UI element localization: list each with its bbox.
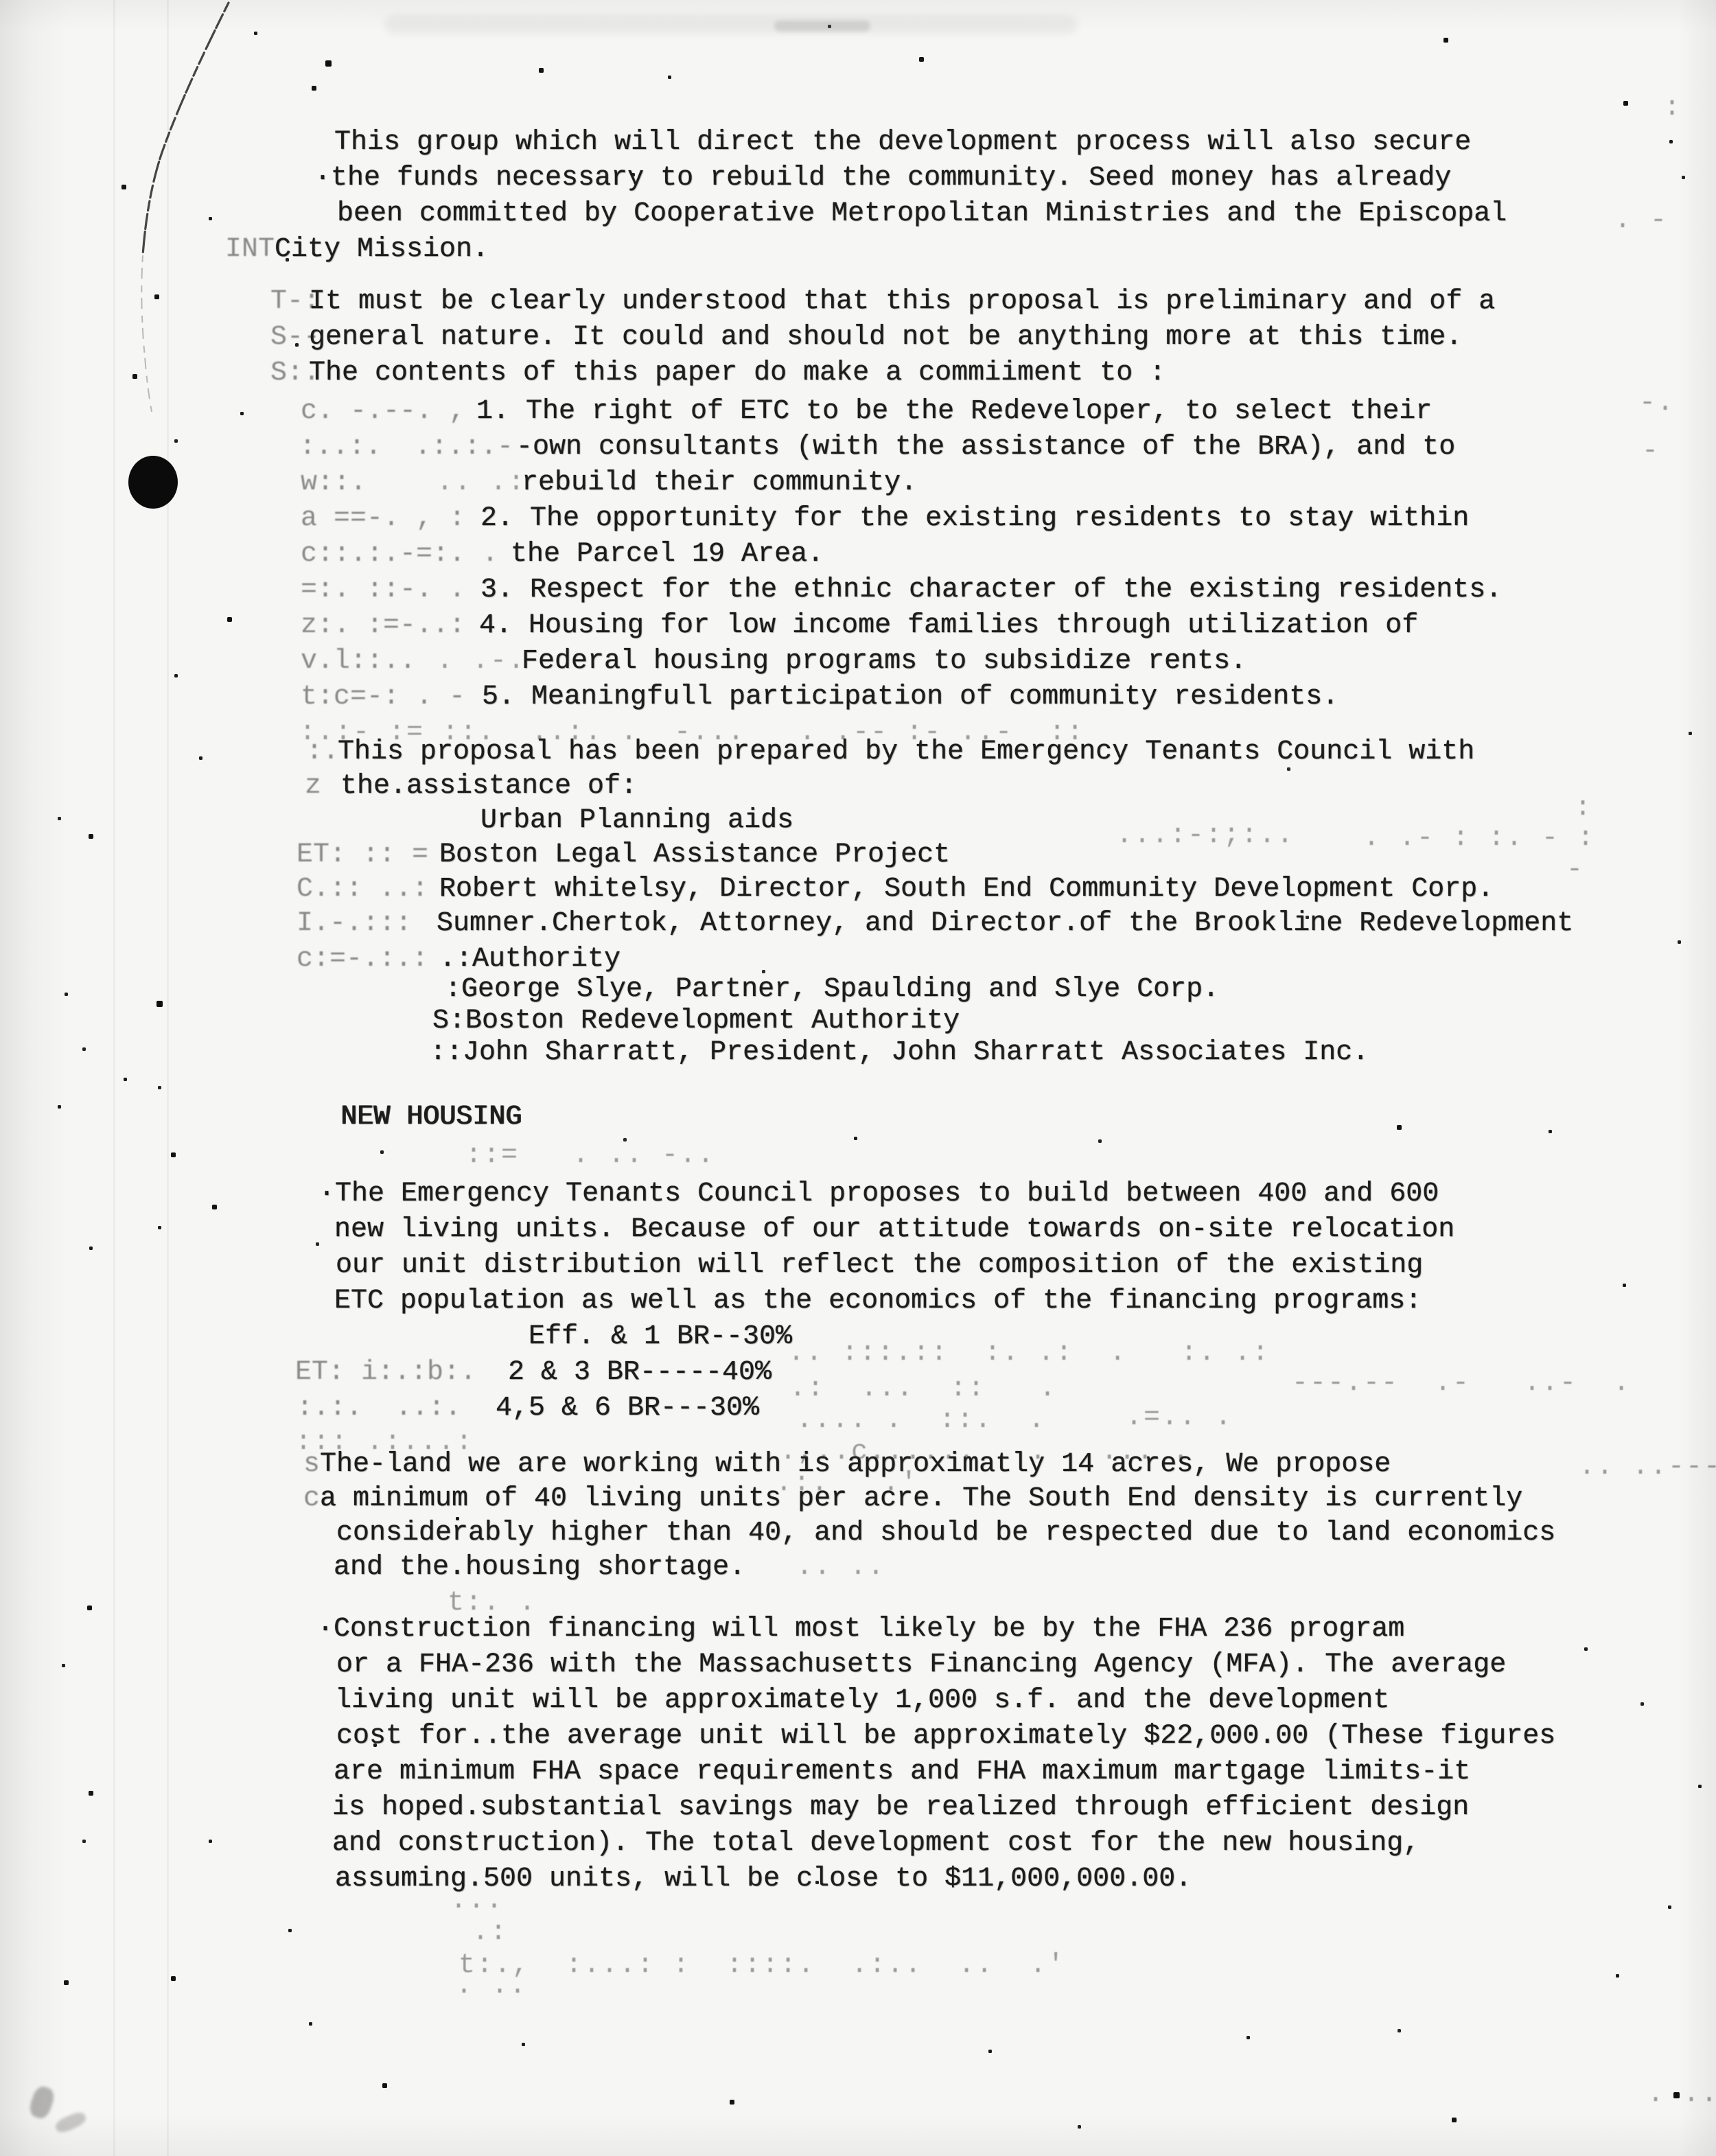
text-line: our unit distribution will reflect the c… [0, 1251, 1716, 1281]
typewritten-text: :George Slye, Partner, Spaulding and Sly… [445, 975, 1219, 1005]
smudge-fragment: ::= . .. -.. [465, 1141, 715, 1171]
text-line: z:. :=-..:4. Housing for low income fami… [0, 611, 1716, 641]
ghost-offset-text: c [303, 1484, 320, 1514]
ghost-offset-text: c::.:.-=:. . [301, 540, 498, 570]
ghost-offset-text: ET: i:.:b:. [295, 1358, 476, 1388]
text-line: c::.:.-=:. .the Parcel 19 Area. [0, 540, 1716, 570]
text-line: ETC population as well as the economics … [0, 1286, 1716, 1317]
text-line: :..:. .:.:.--own consultants (with the a… [0, 432, 1716, 463]
smudge-fragment: . .. [456, 1971, 527, 2002]
ghost-offset-text: a ==-. , : [301, 504, 465, 534]
smudge-fragment: ... [450, 1886, 504, 1916]
typewritten-text: This group which will direct the develop… [334, 128, 1471, 158]
ghost-offset-text: :..:. .:.:.- [299, 432, 513, 463]
typewritten-text: City Mission. [275, 235, 489, 265]
typewritten-text: ·Construction financing will most likely… [317, 1614, 1404, 1645]
typewritten-text: S:Boston Redevelopment Authority [432, 1006, 960, 1036]
typewritten-text: ·The Emergency Tenants Council proposes … [318, 1179, 1439, 1209]
text-line: =:. ::-. .3. Respect for the ethnic char… [0, 575, 1716, 605]
typewritten-text: -own consultants (with the assistance of… [516, 432, 1455, 463]
typewritten-text: 3. Respect for the ethnic character of t… [480, 575, 1502, 605]
text-line: t:c=-: . -5. Meaningfull participation o… [0, 682, 1716, 712]
text-line: INTCity Mission. [0, 235, 1716, 265]
text-line: ·the funds necessary to rebuild the comm… [0, 163, 1716, 194]
smudge-fragment: .. .: [437, 468, 526, 498]
text-line: S--general nature. It could and should n… [0, 323, 1716, 353]
text-line: are minimum FHA space requirements and F… [0, 1757, 1716, 1787]
typewritten-text: 5. Meaningfull participation of communit… [482, 682, 1338, 712]
typewritten-text: .:Authority [439, 944, 621, 975]
smudge-fragment: .... . ::. . [796, 1406, 1046, 1436]
smudge-fragment: :.:- := ::. ..:. . -... . .-- :- ..- :: [299, 718, 1085, 748]
text-line: c:=-.:.:.:Authority [0, 944, 1716, 975]
text-line: I.-.:::Sumner.Chertok, Attorney, and Dir… [0, 909, 1716, 939]
typewritten-text: and the.housing shortage. [334, 1553, 745, 1583]
smudge-fragment: t:. . [448, 1588, 537, 1619]
text-line: ·The Emergency Tenants Council proposes … [0, 1179, 1716, 1209]
text-line: a ==-. , :2. The opportunity for the exi… [0, 504, 1716, 534]
typewritten-text: new living units. Because of our attitud… [334, 1215, 1454, 1245]
ghost-offset-text: v.l::.. [301, 647, 416, 677]
text-line: is hoped.substantial savings may be real… [0, 1793, 1716, 1823]
typewritten-text: ·the funds necessary to rebuild the comm… [314, 163, 1451, 194]
ghost-offset-text: z:. :=-..: [301, 611, 465, 641]
typewritten-text: living unit will be approximately 1,000 … [335, 1686, 1389, 1716]
ghost-offset-text: =:. ::-. . [301, 575, 465, 605]
smudge-fragment: .. .. [796, 1553, 885, 1583]
typewritten-text: and construction). The total development… [332, 1829, 1419, 1859]
smudge-fragment: : [1664, 93, 1682, 124]
smudge-fragment: - [1566, 855, 1584, 885]
text-line: living unit will be approximately 1,000 … [0, 1686, 1716, 1716]
typewritten-text: rebuild their community. [522, 468, 917, 498]
typewritten-text: Eff. & 1 BR--30% [529, 1322, 792, 1352]
typewritten-text: ETC population as well as the economics … [334, 1286, 1422, 1317]
typewritten-text: 2 & 3 BR-----40% [508, 1358, 772, 1388]
ghost-offset-text: ET: :: = [297, 840, 428, 870]
ghost-offset-text: INT [225, 235, 275, 265]
typewritten-text: or a FHA-236 with the Massachusetts Fina… [336, 1650, 1506, 1680]
text-line: considerably higher than 40, and should … [0, 1518, 1716, 1549]
text-line: :George Slye, Partner, Spaulding and Sly… [0, 975, 1716, 1005]
typewritten-text: Robert whitelsy, Director, South End Com… [439, 874, 1494, 905]
ghost-offset-text: z [305, 772, 321, 802]
typewritten-text: been committed by Cooperative Metropolit… [337, 199, 1507, 229]
typewritten-text: is hoped.substantial savings may be real… [332, 1793, 1469, 1823]
typewritten-text: Boston Legal Assistance Project [439, 840, 950, 870]
typewritten-text: our unit distribution will reflect the c… [336, 1251, 1423, 1281]
typewritten-text: Urban Planning aids [480, 806, 793, 836]
typewritten-text: Sumner.Chertok, Attorney, and Director.o… [437, 909, 1573, 939]
typewritten-text: The contents of this paper do make a com… [309, 358, 1166, 389]
text-line: c. -.--. ,1. The right of ETC to be the … [0, 397, 1716, 427]
text-line: v.l::..Federal housing programs to subsi… [0, 647, 1716, 677]
typewritten-text: It must be clearly understood that this … [309, 287, 1495, 317]
text-line: C.:: ..:Robert whitelsy, Director, South… [0, 874, 1716, 905]
smudge-fragment: ...:-:;:.. [1116, 821, 1295, 851]
smudge-fragment: .,..c...... . ... . [780, 1437, 1190, 1468]
text-line: S:.The contents of this paper do make a … [0, 358, 1716, 389]
smudge-fragment: -. [1639, 389, 1675, 419]
text-line: T-:It must be clearly understood that th… [0, 287, 1716, 317]
smudge-fragment: - [1642, 437, 1660, 467]
typewritten-text: 4. Housing for low income families throu… [479, 611, 1418, 641]
typewritten-text: a minimum of 40 living units per acre. T… [320, 1484, 1522, 1514]
typewritten-text: ::John Sharratt, President, John Sharrat… [430, 1038, 1369, 1068]
smudge-fragment: .. :::.:: :. .: . :. .: [788, 1338, 1270, 1369]
typewritten-text: Federal housing programs to subsidize re… [522, 647, 1247, 677]
typewritten-text: the Parcel 19 Area. [511, 540, 824, 570]
text-line: ·Construction financing will most likely… [0, 1614, 1716, 1645]
ghost-offset-text: C.:: ..: [297, 874, 428, 905]
smudge-fragment: ---.-- .- ..- . [1292, 1369, 1631, 1399]
smudge-fragment: ::: .:...: [295, 1428, 474, 1458]
smudge-fragment: : [1575, 793, 1592, 824]
typewritten-text: general nature. It could and should not … [309, 323, 1462, 353]
section-heading-new-housing: NEW HOUSING [0, 1102, 1716, 1133]
text-line: been committed by Cooperative Metropolit… [0, 199, 1716, 229]
smudge-fragment: .: [472, 1918, 508, 1948]
typewritten-text: cost for..the average unit will be appro… [336, 1722, 1555, 1752]
smudge-fragment: . .. [1647, 2080, 1716, 2110]
text-line: w::.rebuild their community. [0, 468, 1716, 498]
typewritten-text: 4,5 & 6 BR---30% [496, 1393, 759, 1424]
ghost-offset-text: t:c=-: . - [301, 682, 465, 712]
smudge-fragment: .. ..--- [1579, 1452, 1716, 1483]
document-page: This group which will direct the develop… [0, 0, 1716, 2156]
typewritten-text: considerably higher than 40, and should … [336, 1518, 1555, 1549]
text-line: assuming.500 units, will be close to $11… [0, 1864, 1716, 1894]
smudge-fragment: . .-. [437, 647, 526, 677]
smudge-fragment: . .- : :. - : [1363, 824, 1595, 854]
ghost-offset-text: :.:. ..:. [297, 1393, 461, 1424]
smudge-fragment: t:., :...: : ::::. .:.. .. .' [459, 1951, 1065, 1981]
typewritten-text: 2. The opportunity for the existing resi… [480, 504, 1469, 534]
typewritten-text-layer: This group which will direct the develop… [0, 0, 1716, 2156]
typewritten-text: NEW HOUSING [340, 1102, 522, 1133]
text-line: zthe.assistance of: [0, 772, 1716, 802]
text-line: This group which will direct the develop… [0, 128, 1716, 158]
smudge-fragment: .:. .' [776, 1469, 918, 1499]
typewritten-text: are minimum FHA space requirements and F… [334, 1757, 1470, 1787]
ghost-offset-text: c:=-.:.: [297, 944, 428, 975]
smudge-fragment: .: ... :: . [789, 1374, 1057, 1404]
typewritten-text: the.assistance of: [340, 772, 637, 802]
ghost-offset-text: w::. [301, 468, 367, 498]
text-line: S:Boston Redevelopment Authority [0, 1006, 1716, 1036]
text-line: or a FHA-236 with the Massachusetts Fina… [0, 1650, 1716, 1680]
text-line: new living units. Because of our attitud… [0, 1215, 1716, 1245]
text-line: ::John Sharratt, President, John Sharrat… [0, 1038, 1716, 1068]
ghost-offset-text: c. -.--. , [301, 397, 465, 427]
smudge-fragment: .=.. . [1126, 1403, 1233, 1433]
text-line: cost for..the average unit will be appro… [0, 1722, 1716, 1752]
typewritten-text: 1. The right of ETC to be the Redevelope… [476, 397, 1432, 427]
text-line: and construction). The total development… [0, 1829, 1716, 1859]
ghost-offset-text: I.-.::: [297, 909, 412, 939]
smudge-fragment: . - [1614, 206, 1668, 236]
